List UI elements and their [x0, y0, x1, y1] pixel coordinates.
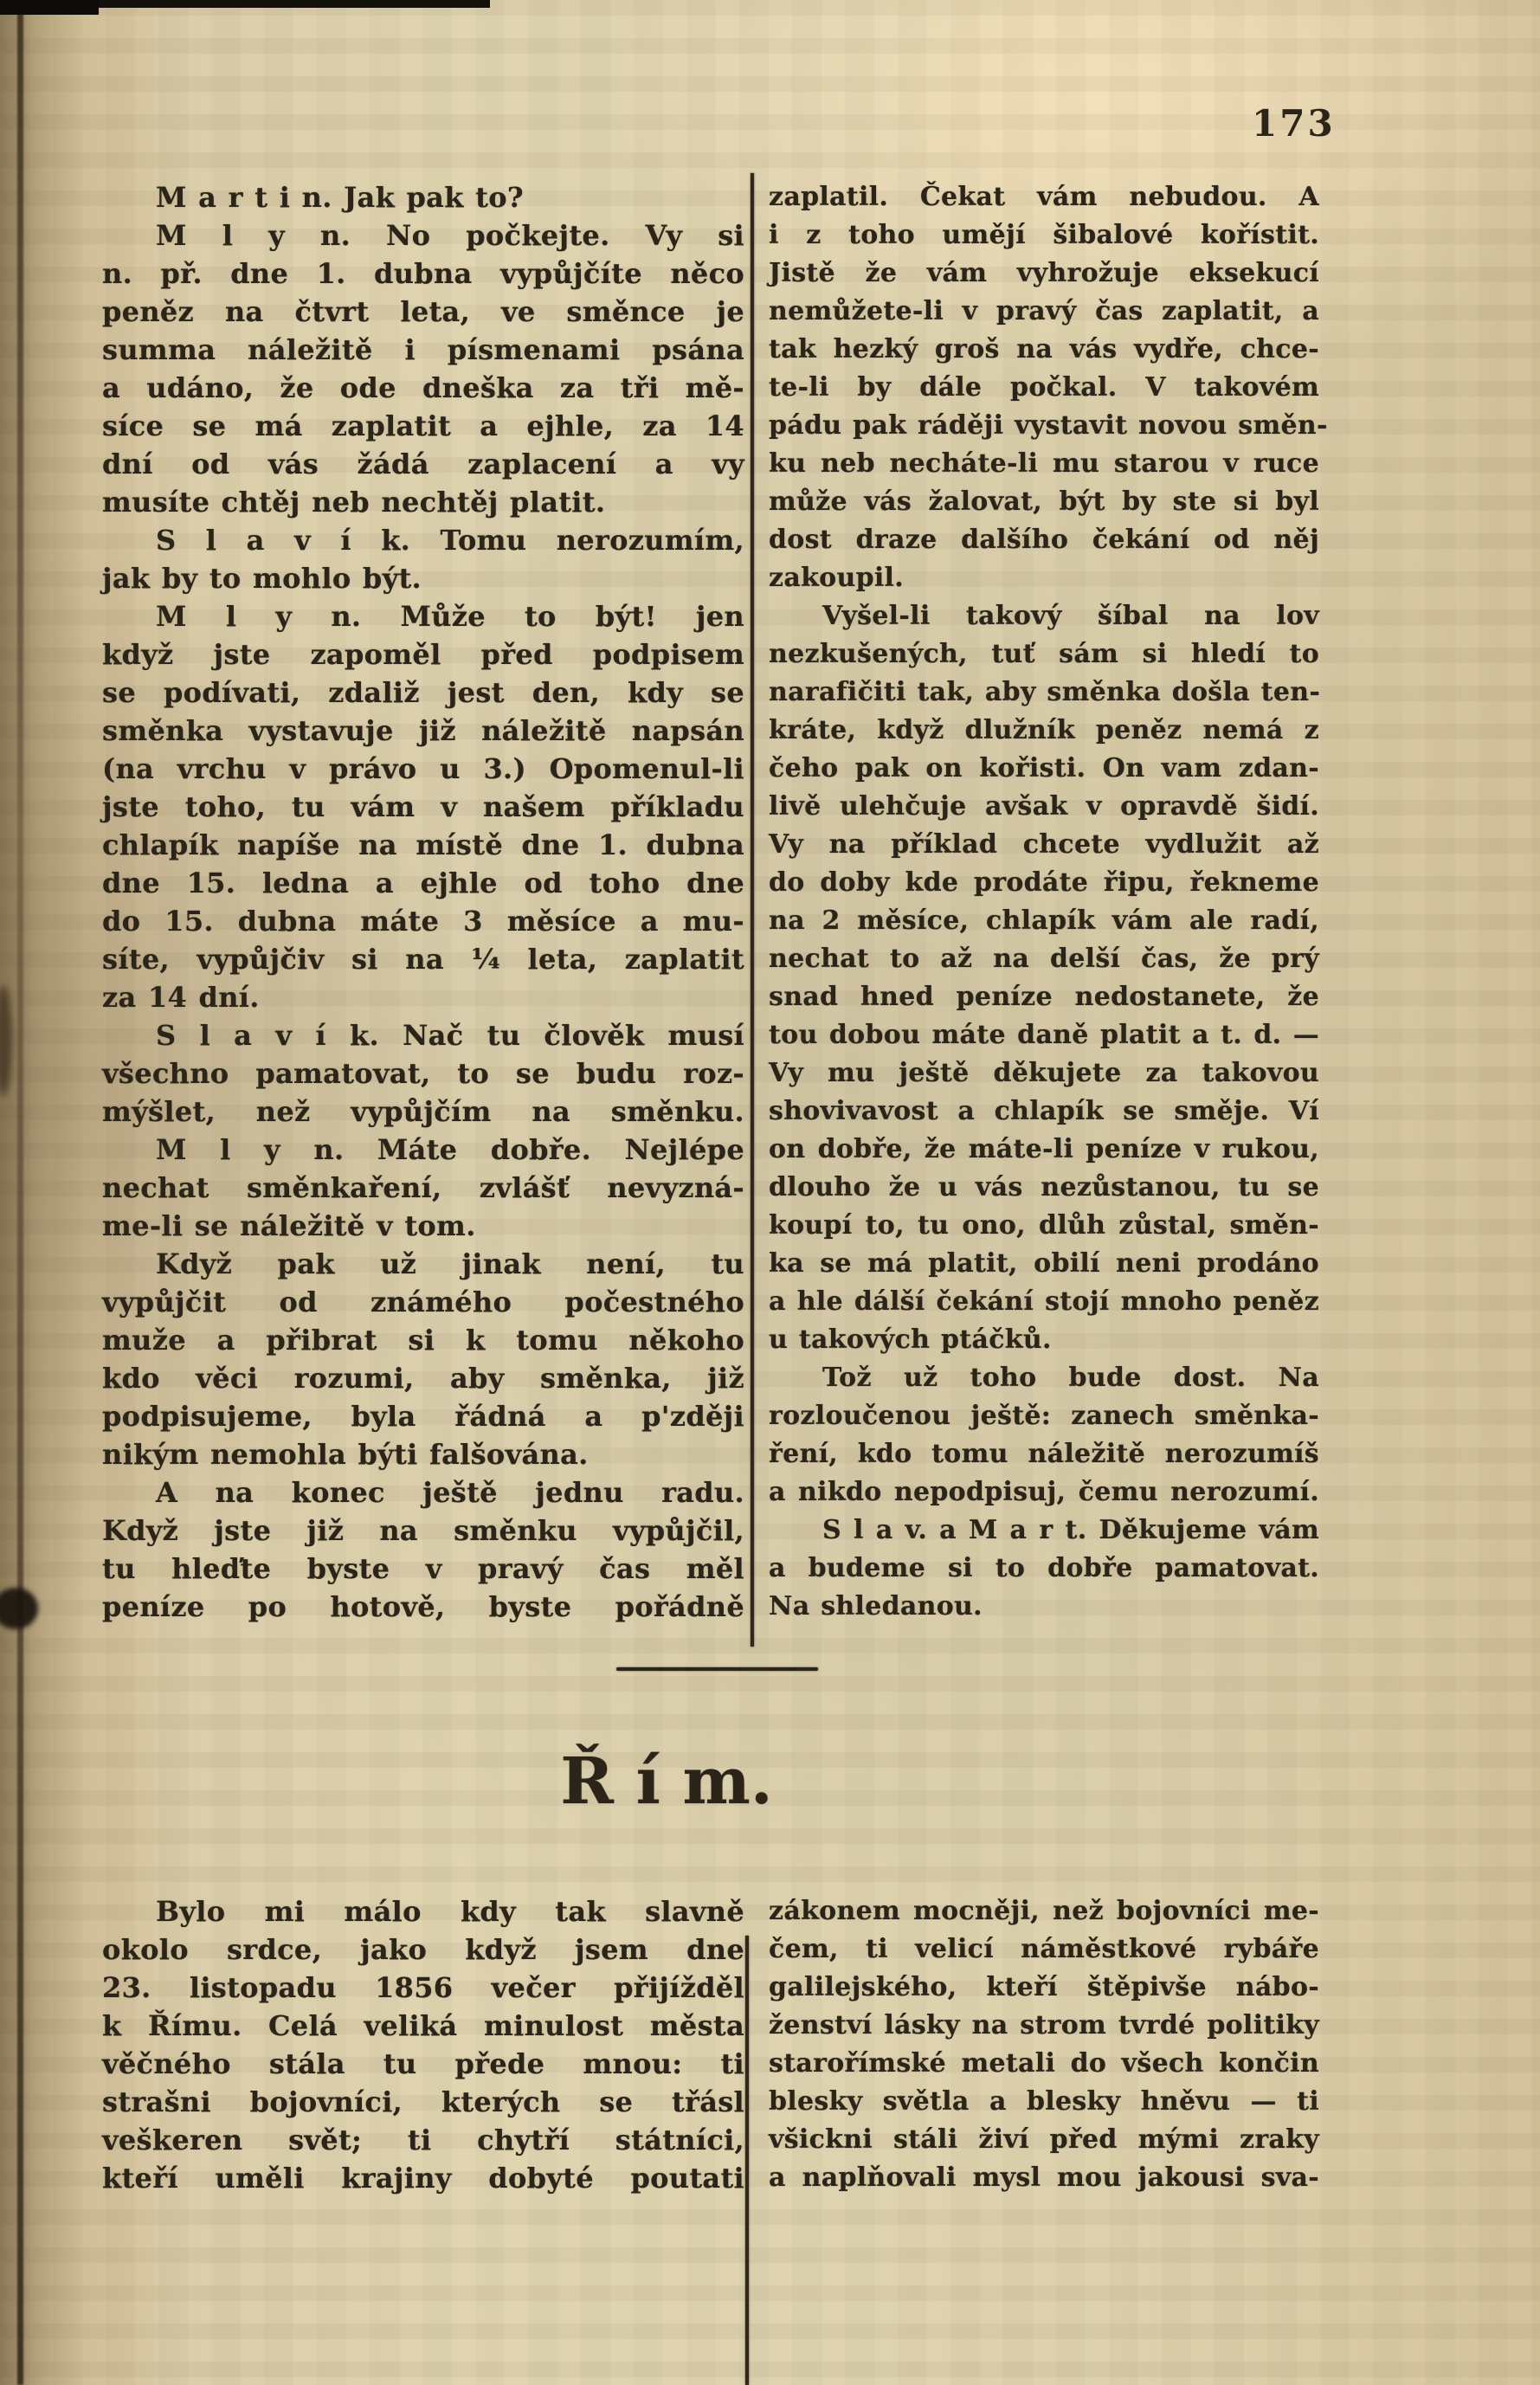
text-line: a budeme si to dobře pamatovat.	[769, 1550, 1319, 1588]
text-line: Vy mu ještě děkujete za takovou	[769, 1054, 1319, 1093]
chapter-column-left: Bylo mi málo kdy tak slavněokolo srdce, …	[102, 1892, 744, 2197]
text-line: narafičiti tak, aby směnka došla ten-	[769, 674, 1319, 712]
text-line: me-li se náležitě v tom.	[102, 1207, 744, 1245]
text-line: ření, kdo tomu náležitě nerozumíš	[769, 1435, 1319, 1473]
text-line: tak hezký groš na vás vydře, chce-	[769, 331, 1319, 369]
text-line: blesky světla a blesky hněvu — ti	[769, 2083, 1319, 2121]
text-line: 23. listopadu 1856 večer přijížděl	[102, 1969, 744, 2007]
text-line: M l y n. Může to být! jen	[102, 597, 744, 635]
text-line: livě ulehčuje avšak v opravdě šidí.	[769, 788, 1319, 826]
text-line: a naplňovali mysl mou jakousi sva-	[769, 2159, 1319, 2197]
text-line: okolo srdce, jako když jsem dne	[102, 1931, 744, 1969]
text-line: (na vrchu v právo u 3.) Opomenul-li	[102, 750, 744, 788]
text-line: dost draze dalšího čekání od něj	[769, 521, 1319, 559]
text-line: čem, ti velicí náměstkové rybáře	[769, 1931, 1319, 1969]
text-line: peněz na čtvrt leta, ve směnce je	[102, 293, 744, 331]
text-line: Vy na příklad chcete vydlužit až	[769, 826, 1319, 864]
text-line: Bylo mi málo kdy tak slavně	[102, 1892, 744, 1931]
text-line: te-li by dále počkal. V takovém	[769, 369, 1319, 407]
text-line: musíte chtěj neb nechtěj platit.	[102, 483, 744, 521]
text-line: tou dobou máte daně platit a t. d. —	[769, 1016, 1319, 1054]
text-line: dne 15. ledna a ejhle od toho dne	[102, 864, 744, 902]
text-line: tu hleďte byste v pravý čas měl	[102, 1550, 744, 1588]
text-line: peníze po hotově, byste pořádně	[102, 1588, 744, 1626]
text-line: i z toho umějí šibalové kořístit.	[769, 216, 1319, 255]
text-line: směnka vystavuje již náležitě napsán	[102, 712, 744, 750]
chapter-column-right: zákonem mocněji, než bojovníci me-čem, t…	[769, 1892, 1319, 2197]
ink-smudge	[0, 1588, 38, 1629]
text-line: Na shledanou.	[769, 1588, 1319, 1626]
text-line: za 14 dní.	[102, 978, 744, 1016]
ink-smudge	[0, 985, 12, 1096]
text-line: když jste zapoměl před podpisem	[102, 635, 744, 674]
text-line: podpisujeme, byla řádná a p'zději	[102, 1397, 744, 1435]
text-line: nikým nemohla býti falšována.	[102, 1435, 744, 1473]
text-line: a udáno, že ode dneška za tři mě-	[102, 369, 744, 407]
text-line: a hle dálší čekání stojí mnoho peněz	[769, 1283, 1319, 1321]
text-line: shovivavost a chlapík se směje. Ví	[769, 1093, 1319, 1131]
dialogue-column-left: M a r t i n. Jak pak to?M l y n. No počk…	[102, 178, 744, 1626]
text-line: kráte, když dlužník peněz nemá z	[769, 712, 1319, 750]
text-line: muže a přibrat si k tomu někoho	[102, 1321, 744, 1359]
text-line: S l a v í k. Nač tu člověk musí	[102, 1016, 744, 1054]
section-divider-rule	[616, 1667, 818, 1671]
text-line: on dobře, že máte-li peníze v rukou,	[769, 1131, 1319, 1169]
text-line: u takových ptáčků.	[769, 1321, 1319, 1359]
text-line: A na konec ještě jednu radu.	[102, 1473, 744, 1512]
text-line: summa náležitě i písmenami psána	[102, 331, 744, 369]
text-line: jak by to mohlo být.	[102, 559, 744, 597]
text-line: může vás žalovat, být by ste si byl	[769, 483, 1319, 521]
text-line: nechat směnkaření, zvlášť nevyzná-	[102, 1169, 744, 1207]
text-line: jste toho, tu vám v našem příkladu	[102, 788, 744, 826]
text-line: galilejského, kteří štěpivše nábo-	[769, 1969, 1319, 2007]
text-line: nechat to až na delší čas, že prý	[769, 940, 1319, 978]
column-divider-rule-bottom	[745, 1936, 749, 2385]
text-line: čeho pak on kořisti. On vam zdan-	[769, 750, 1319, 788]
text-line: nezkušených, tuť sám si hledí to	[769, 635, 1319, 674]
text-line: kdo věci rozumi, aby směnka, již	[102, 1359, 744, 1397]
text-line: Jistě že vám vyhrožuje eksekucí	[769, 255, 1319, 293]
text-line: pádu pak ráději vystavit novou směn-	[769, 407, 1319, 445]
text-line: koupí to, tu ono, dlůh zůstal, směn-	[769, 1207, 1319, 1245]
text-line: M l y n. Máte dobře. Nejlépe	[102, 1131, 744, 1169]
text-line: zákonem mocněji, než bojovníci me-	[769, 1892, 1319, 1931]
column-divider-rule	[751, 173, 754, 1647]
text-line: zakoupil.	[769, 559, 1319, 597]
text-line: dní od vás žádá zaplacení a vy	[102, 445, 744, 483]
text-line: S l a v. a M a r t. Děkujeme vám	[769, 1512, 1319, 1550]
text-line: mýšlet, než vypůjčím na směnku.	[102, 1093, 744, 1131]
text-line: Vyšel-li takový šíbal na lov	[769, 597, 1319, 635]
text-line: zaplatil. Čekat vám nebudou. A	[769, 178, 1319, 216]
text-line: vypůjčit od známého počestného	[102, 1283, 744, 1321]
text-line: síte, vypůjčiv si na ¼ leta, zaplatit	[102, 940, 744, 978]
scan-corner-artifact	[0, 0, 99, 15]
text-line: n. př. dne 1. dubna vypůjčíte něco	[102, 255, 744, 293]
binding-crease	[17, 0, 23, 2385]
text-line: nemůžete-li v pravý čas zaplatit, a	[769, 293, 1319, 331]
chapter-heading: Ř í m.	[485, 1738, 848, 1825]
page-number: 173	[1252, 102, 1330, 145]
text-line: všickni stáli živí před mými zraky	[769, 2121, 1319, 2159]
text-line: věčného stála tu přede mnou: ti	[102, 2045, 744, 2083]
text-line: síce se má zaplatit a ejhle, za 14	[102, 407, 744, 445]
page-gutter-shadow	[0, 0, 80, 2385]
text-line: dlouho že u vás nezůstanou, tu se	[769, 1169, 1319, 1207]
text-line: ka se má platit, obilí neni prodáno	[769, 1245, 1319, 1283]
text-line: rozloučenou ještě: zanech směnka-	[769, 1397, 1319, 1435]
text-line: Když jste již na směnku vypůjčil,	[102, 1512, 744, 1550]
text-line: kteří uměli krajiny dobyté poutati	[102, 2159, 744, 2197]
text-line: M l y n. No počkejte. Vy si	[102, 216, 744, 255]
text-line: Tož už toho bude dost. Na	[769, 1359, 1319, 1397]
dialogue-column-right: zaplatil. Čekat vám nebudou. Ai z toho u…	[769, 178, 1319, 1626]
text-line: starořímské metali do všech končin	[769, 2045, 1319, 2083]
book-page: 173 M a r t i n. Jak pak to?M l y n. No …	[0, 0, 1540, 2385]
text-line: se podívati, zdaliž jest den, kdy se	[102, 674, 744, 712]
text-line: S l a v í k. Tomu nerozumím,	[102, 521, 744, 559]
text-line: na 2 měsíce, chlapík vám ale radí,	[769, 902, 1319, 940]
text-line: strašni bojovníci, kterých se třásl	[102, 2083, 744, 2121]
text-line: Když pak už jinak není, tu	[102, 1245, 744, 1283]
text-line: a nikdo nepodpisuj, čemu nerozumí.	[769, 1473, 1319, 1512]
text-line: ku neb necháte-li mu starou v ruce	[769, 445, 1319, 483]
text-line: k Římu. Celá veliká minulost města	[102, 2007, 744, 2045]
text-line: veškeren svět; ti chytří státníci,	[102, 2121, 744, 2159]
text-line: M a r t i n. Jak pak to?	[102, 178, 744, 216]
text-line: do doby kde prodáte řipu, řekneme	[769, 864, 1319, 902]
text-line: ženství lásky na strom tvrdé politiky	[769, 2007, 1319, 2045]
text-line: všechno pamatovat, to se budu roz-	[102, 1054, 744, 1093]
text-line: snad hned peníze nedostanete, že	[769, 978, 1319, 1016]
text-line: do 15. dubna máte 3 měsíce a mu-	[102, 902, 744, 940]
text-line: chlapík napíše na místě dne 1. dubna	[102, 826, 744, 864]
